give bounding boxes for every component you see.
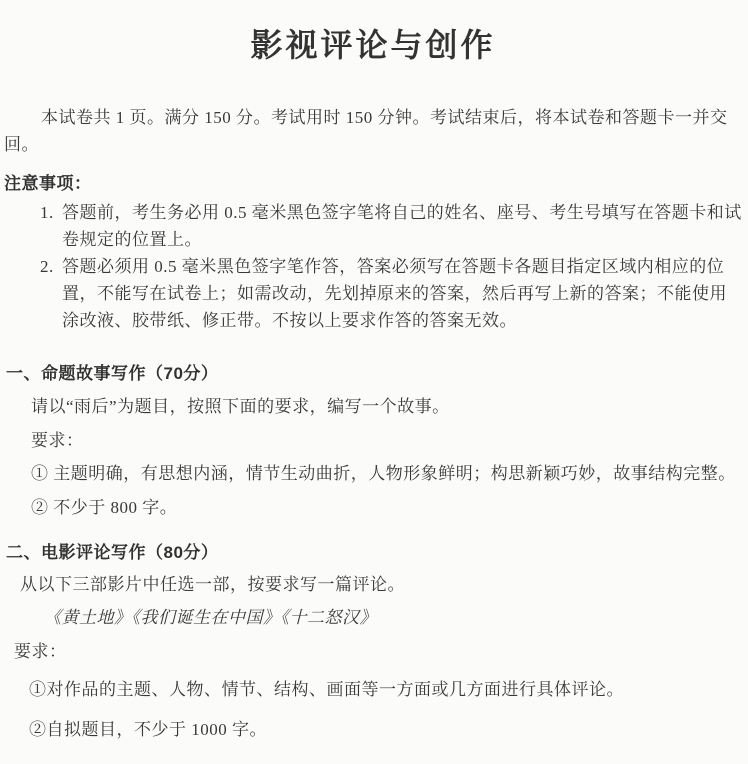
section-2-prompt: 从以下三部影片中任选一部，按要求写一篇评论。 — [20, 573, 742, 597]
notice-item-1-text: 答题前，考生务必用 0.5 毫米黑色签字笔将自己的姓名、座号、考生号填写在答题卡… — [62, 203, 742, 249]
section-1-requirement-1: ① 主题明确，有思想内涵，情节生动曲折，人物形象鲜明；构思新颖巧妙，故事结构完整… — [31, 462, 742, 486]
page-title: 影视评论与创作 — [4, 22, 742, 68]
section-1-heading: 一、命题故事写作（70分） — [6, 362, 742, 386]
notice-item-1-number: 1. — [40, 199, 54, 226]
notice-item-2-text: 答题必须用 0.5 毫米黑色签字笔作答，答案必须写在答题卡各题目指定区域内相应的… — [62, 257, 727, 330]
exam-paper: 影视评论与创作 本试卷共 1 页。满分 150 分。考试用时 150 分钟。考试… — [0, 0, 748, 764]
section-2-requirement-1: ①对作品的主题、人物、情节、结构、画面等一方面或几方面进行具体评论。 — [29, 678, 742, 702]
notice-item-2-number: 2. — [40, 253, 54, 280]
notice-item-1: 1. 答题前，考生务必用 0.5 毫米黑色签字笔将自己的姓名、座号、考生号填写在… — [4, 199, 742, 253]
section-2-film-list: 《黄土地》《我们诞生在中国》《十二怒汉》 — [44, 606, 742, 630]
section-1-prompt: 请以“雨后”为题目，按照下面的要求，编写一个故事。 — [31, 395, 742, 419]
exam-intro-paragraph: 本试卷共 1 页。满分 150 分。考试用时 150 分钟。考试结束后，将本试卷… — [4, 104, 742, 158]
notice-heading: 注意事项： — [4, 172, 742, 196]
notice-item-2: 2. 答题必须用 0.5 毫米黑色签字笔作答，答案必须写在答题卡各题目指定区域内… — [4, 253, 742, 334]
section-2-heading: 二、电影评论写作（80分） — [6, 541, 742, 565]
section-2-requirement-2: ②自拟题目，不少于 1000 字。 — [29, 718, 742, 742]
section-1-requirement-2: ② 不少于 800 字。 — [31, 496, 742, 520]
section-1-requirements-label: 要求： — [31, 429, 742, 453]
section-2-requirements-label: 要求： — [14, 640, 742, 664]
